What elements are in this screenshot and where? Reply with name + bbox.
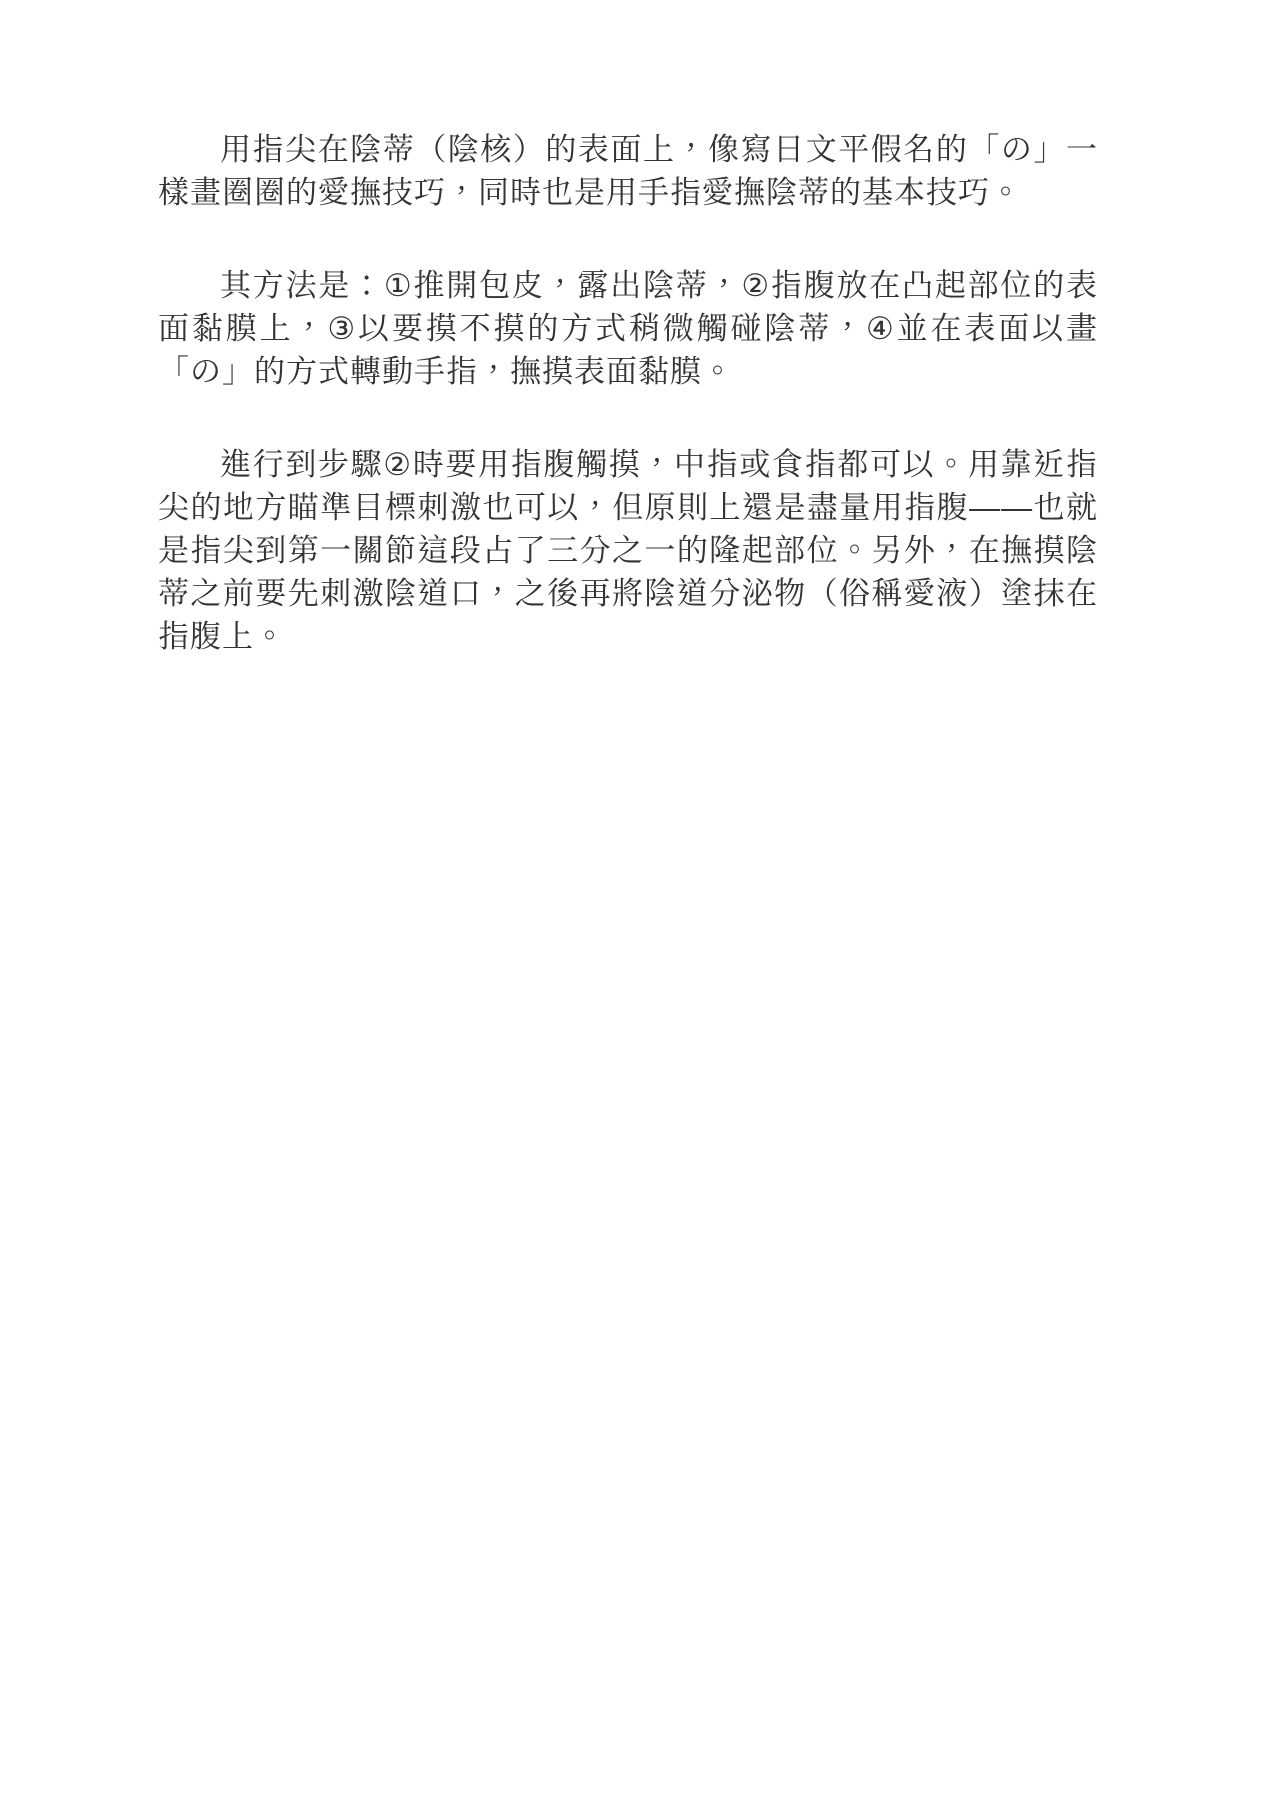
- document-page: 用指尖在陰蒂（陰核）的表面上，像寫日文平假名的「の」一樣畫圈圈的愛撫技巧，同時也…: [0, 0, 1280, 1812]
- text-body: 用指尖在陰蒂（陰核）的表面上，像寫日文平假名的「の」一樣畫圈圈的愛撫技巧，同時也…: [158, 128, 1098, 708]
- paragraph: 用指尖在陰蒂（陰核）的表面上，像寫日文平假名的「の」一樣畫圈圈的愛撫技巧，同時也…: [158, 128, 1098, 214]
- paragraph: 進行到步驟②時要用指腹觸摸，中指或食指都可以。用靠近指尖的地方瞄準目標刺激也可以…: [158, 443, 1098, 658]
- paragraph: 其方法是：①推開包皮，露出陰蒂，②指腹放在凸起部位的表面黏膜上，③以要摸不摸的方…: [158, 264, 1098, 393]
